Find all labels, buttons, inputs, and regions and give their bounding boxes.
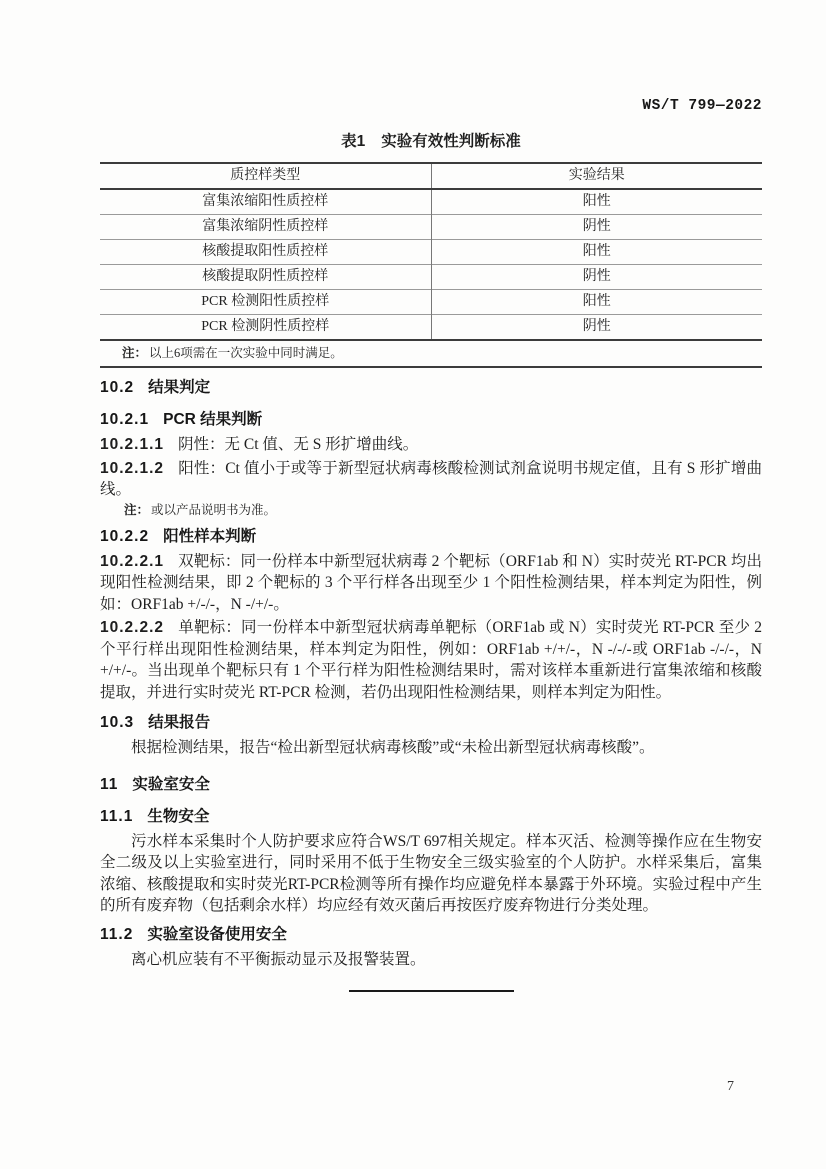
heading-title: 生物安全 — [147, 808, 209, 825]
clause-number: 10.2.2.1 — [100, 553, 164, 570]
paragraph-10-3: 根据检测结果，报告“检出新型冠状病毒核酸”或“未检出新型冠状病毒核酸”。 — [100, 737, 762, 759]
clause-10-2-1-2: 10.2.1.2阳性：Ct 值小于或等于新型冠状病毒核酸检测试剂盒说明书规定值，… — [100, 458, 762, 501]
note-label: 注： — [124, 503, 149, 517]
heading-10-2: 10.2结果判定 — [100, 378, 762, 398]
paragraph-11-2: 离心机应装有不平衡振动显示及报警装置。 — [100, 949, 762, 971]
table-row: 核酸提取阴性质控样 阴性 — [100, 265, 762, 290]
table-row: 富集浓缩阳性质控样 阳性 — [100, 189, 762, 215]
cell-qc-type: 核酸提取阳性质控样 — [100, 240, 431, 265]
heading-10-3: 10.3结果报告 — [100, 713, 762, 733]
cell-qc-type: PCR 检测阴性质控样 — [100, 315, 431, 341]
heading-11-2: 11.2实验室设备使用安全 — [100, 925, 762, 945]
table-row: 核酸提取阳性质控样 阳性 — [100, 240, 762, 265]
clause-number: 10.2.2 — [100, 528, 149, 545]
heading-11-1: 11.1生物安全 — [100, 807, 762, 827]
heading-title: 阳性样本判断 — [163, 528, 256, 545]
end-of-document-rule — [349, 990, 514, 992]
clause-text: 阴性：无 Ct 值、无 S 形扩增曲线。 — [178, 436, 418, 453]
document-page: WS/T 799—2022 表1实验有效性判断标准 质控样类型 实验结果 富集浓… — [0, 0, 826, 1169]
cell-qc-type: 核酸提取阴性质控样 — [100, 265, 431, 290]
heading-11: 11实验室安全 — [100, 775, 762, 795]
cell-result: 阳性 — [431, 240, 762, 265]
clause-number: 11 — [100, 776, 118, 793]
table-note-text: 以上6项需在一次实验中同时满足。 — [149, 346, 343, 360]
col-header-qc-type: 质控样类型 — [100, 163, 431, 189]
clause-number: 10.2.2.2 — [100, 619, 164, 636]
clause-text: 单靶标：同一份样本中新型冠状病毒单靶标（ORF1ab 或 N）实时荧光 RT-P… — [100, 619, 762, 701]
standard-code: WS/T 799—2022 — [642, 98, 762, 114]
clause-number: 10.2.1 — [100, 411, 149, 428]
cell-qc-type: 富集浓缩阳性质控样 — [100, 189, 431, 215]
col-header-result: 实验结果 — [431, 163, 762, 189]
heading-title: PCR 结果判断 — [163, 411, 262, 428]
clause-10-2-1-1: 10.2.1.1阴性：无 Ct 值、无 S 形扩增曲线。 — [100, 434, 762, 456]
heading-title: 结果报告 — [148, 714, 210, 731]
table-note-label: 注： — [122, 346, 147, 360]
validity-criteria-table: 质控样类型 实验结果 富集浓缩阳性质控样 阳性 富集浓缩阴性质控样 阴性 核酸提… — [100, 162, 762, 368]
clause-10-2-2-2: 10.2.2.2单靶标：同一份样本中新型冠状病毒单靶标（ORF1ab 或 N）实… — [100, 617, 762, 703]
cell-result: 阳性 — [431, 189, 762, 215]
clause-number: 10.3 — [100, 714, 134, 731]
clause-text: 双靶标：同一份样本中新型冠状病毒 2 个靶标（ORF1ab 和 N）实时荧光 R… — [100, 553, 762, 613]
table-header-row: 质控样类型 实验结果 — [100, 163, 762, 189]
heading-title: 实验室设备使用安全 — [147, 926, 287, 943]
page-number: 7 — [727, 1076, 734, 1098]
clause-number: 11.1 — [100, 808, 133, 825]
cell-result: 阴性 — [431, 315, 762, 341]
paragraph-11-1: 污水样本采集时个人防护要求应符合WS/T 697相关规定。样本灭活、检测等操作应… — [100, 831, 762, 917]
table-row: PCR 检测阳性质控样 阳性 — [100, 290, 762, 315]
table-note-cell: 注：以上6项需在一次实验中同时满足。 — [100, 340, 762, 367]
note-10-2-1: 注：或以产品说明书为准。 — [124, 502, 762, 519]
heading-10-2-1: 10.2.1PCR 结果判断 — [100, 410, 762, 430]
clause-10-2-2-1: 10.2.2.1双靶标：同一份样本中新型冠状病毒 2 个靶标（ORF1ab 和 … — [100, 551, 762, 616]
table-caption: 表1实验有效性判断标准 — [100, 131, 762, 153]
table-note-row: 注：以上6项需在一次实验中同时满足。 — [100, 340, 762, 367]
clause-text: 阳性：Ct 值小于或等于新型冠状病毒核酸检测试剂盒说明书规定值，且有 S 形扩增… — [100, 460, 762, 499]
heading-title: 结果判定 — [148, 379, 210, 396]
note-text: 或以产品说明书为准。 — [151, 503, 276, 517]
table-row: 富集浓缩阴性质控样 阴性 — [100, 215, 762, 240]
clause-number: 10.2 — [100, 379, 134, 396]
clause-number: 11.2 — [100, 926, 133, 943]
cell-qc-type: PCR 检测阳性质控样 — [100, 290, 431, 315]
cell-qc-type: 富集浓缩阴性质控样 — [100, 215, 431, 240]
cell-result: 阳性 — [431, 290, 762, 315]
heading-title: 实验室安全 — [132, 776, 210, 793]
doc-header: WS/T 799—2022 — [100, 96, 762, 118]
clause-number: 10.2.1.1 — [100, 436, 164, 453]
table-caption-text: 实验有效性判断标准 — [381, 133, 521, 150]
table-row: PCR 检测阴性质控样 阴性 — [100, 315, 762, 341]
table-caption-label: 表1 — [341, 133, 365, 150]
heading-10-2-2: 10.2.2阳性样本判断 — [100, 527, 762, 547]
cell-result: 阴性 — [431, 215, 762, 240]
cell-result: 阴性 — [431, 265, 762, 290]
clause-number: 10.2.1.2 — [100, 460, 164, 477]
